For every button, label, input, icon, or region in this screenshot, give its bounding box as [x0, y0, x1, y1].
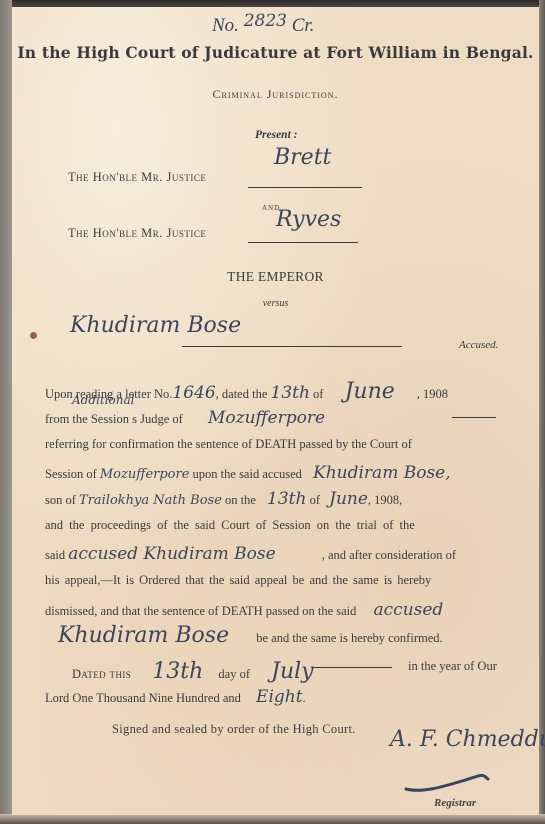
justice-signature-2: Ryves	[276, 207, 341, 232]
case-number-value: 2823	[244, 11, 287, 31]
versus-label: versus	[12, 298, 539, 309]
signature-line-2	[248, 242, 358, 243]
body-line-2: from the Session s Judge of Mozufferpore	[45, 408, 325, 428]
justice-signature-1: Brett	[274, 145, 331, 170]
body-line-3: referring for confirmation the sentence …	[45, 437, 412, 452]
accused-word: accused	[374, 600, 444, 620]
accused-line	[182, 346, 402, 347]
accused-label: Accused.	[459, 339, 498, 351]
body-line-8: his appeal,—It is Ordered that the said …	[45, 573, 431, 588]
signature-line-1	[248, 187, 362, 188]
sentence-day: 13th	[267, 489, 306, 509]
body-line-7: said accused Khudiram Bose, and after co…	[45, 544, 456, 564]
ink-stain	[30, 332, 37, 339]
body-line-6: and the proceedings of the said Court of…	[45, 518, 415, 533]
justice-label-2: The Hon'ble Mr. Justice	[68, 226, 206, 241]
body-line-5: son of Trailokhya Nath Bose on the 13th …	[45, 489, 402, 509]
court-title: In the High Court of Judicature at Fort …	[12, 43, 539, 62]
letter-number: 1646	[172, 383, 215, 403]
book-edge-left	[0, 0, 12, 824]
dated-line: Dated this 13th day of July	[72, 659, 314, 684]
year-label: in the year of Our	[408, 659, 497, 674]
sentence-month: June	[329, 489, 368, 509]
accused-name-signature: Khudiram Bose	[70, 313, 241, 338]
judge-place: Mozufferpore	[208, 408, 325, 428]
signed-sealed-text: Signed and sealed by order of the High C…	[112, 722, 356, 737]
registrar-label: Registrar	[434, 797, 476, 809]
session-place: Mozufferpore	[100, 467, 190, 482]
court-document: No. 2823 Cr. In the High Court of Judica…	[12, 7, 539, 815]
accused-name-3: accused Khudiram Bose	[68, 544, 275, 564]
body-line-4: Session of Mozufferpore upon the said ac…	[45, 463, 451, 483]
letter-month: June	[345, 379, 395, 404]
jurisdiction-heading: Criminal Jurisdiction.	[12, 87, 539, 102]
registrar-signature: A. F. Chmeddune	[390, 727, 545, 752]
accused-name-4: Khudiram Bose	[58, 623, 229, 648]
accused-name-2: Khudiram Bose,	[313, 463, 451, 483]
present-label: Present :	[255, 129, 297, 141]
lord-line: Lord One Thousand Nine Hundred and Eight…	[45, 687, 306, 707]
body-line-9: dismissed, and that the sentence of DEAT…	[45, 600, 443, 620]
inserted-word: Additional	[72, 393, 134, 407]
letter-day: 13th	[271, 383, 310, 403]
prosecution-party: THE EMPEROR	[12, 269, 539, 285]
case-number: No. 2823 Cr.	[212, 15, 314, 37]
year-word: Eight	[256, 687, 303, 707]
justice-label-1: The Hon'ble Mr. Justice	[68, 170, 206, 185]
father-name: Trailokhya Nath Bose	[79, 493, 222, 508]
blank-line	[452, 417, 496, 418]
month-line	[312, 667, 392, 668]
dated-day: 13th	[152, 659, 203, 684]
signature-flourish	[402, 767, 492, 797]
book-edge-right	[539, 0, 545, 824]
dated-month: July	[271, 659, 313, 684]
body-line-10: Khudiram Bose be and the same is hereby …	[58, 623, 443, 648]
book-edge-bottom	[0, 814, 545, 824]
